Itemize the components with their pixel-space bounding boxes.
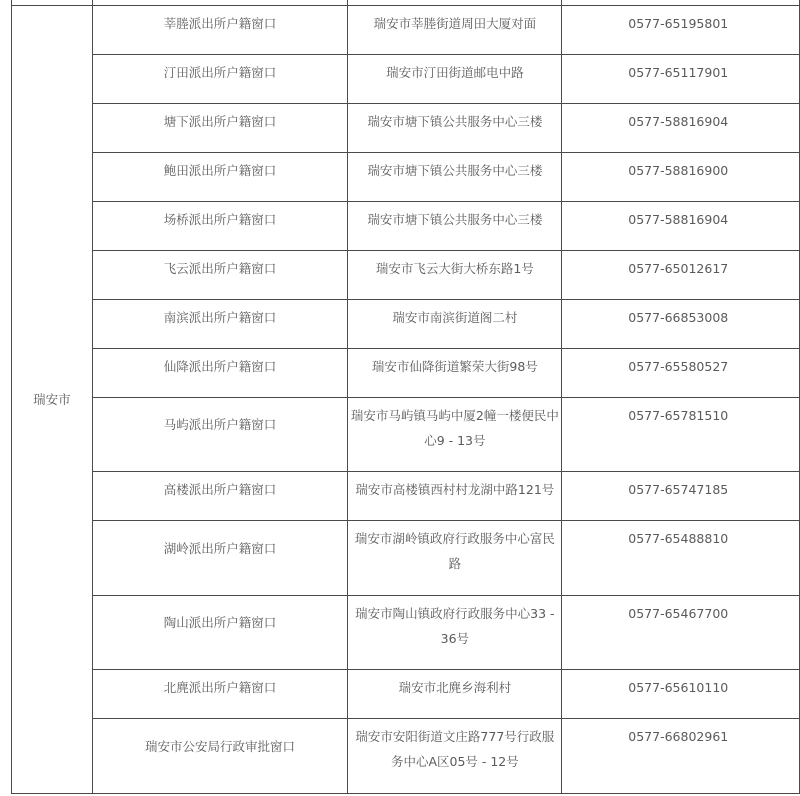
office-name-cell: 北麂派出所户籍窗口	[92, 670, 348, 719]
office-name-cell: 飞云派出所户籍窗口	[92, 251, 348, 300]
office-name-cell: 莘塍派出所户籍窗口	[92, 6, 348, 55]
phone-cell: 0577-58816904	[562, 104, 800, 153]
address-cell: 瑞安市汀田街道邮电中路	[348, 55, 562, 104]
table-row: 瑞安市莘塍派出所户籍窗口瑞安市莘塍街道周田大厦对面0577-65195801	[12, 6, 800, 55]
phone-cell: 0577-65195801	[562, 6, 800, 55]
contact-table-wrapper: 瑞安市莘塍派出所户籍窗口瑞安市莘塍街道周田大厦对面0577-65195801汀田…	[11, 0, 800, 794]
office-name-cell: 塘下派出所户籍窗口	[92, 104, 348, 153]
table-row: 塘下派出所户籍窗口瑞安市塘下镇公共服务中心三楼0577-58816904	[12, 104, 800, 153]
office-name-cell: 仙降派出所户籍窗口	[92, 349, 348, 398]
address-cell: 瑞安市陶山镇政府行政服务中心33 - 36号	[348, 596, 562, 670]
address-cell: 瑞安市塘下镇公共服务中心三楼	[348, 104, 562, 153]
office-name-cell: 鲍田派出所户籍窗口	[92, 153, 348, 202]
phone-cell: 0577-58816900	[562, 153, 800, 202]
phone-cell: 0577-65467700	[562, 596, 800, 670]
address-cell: 瑞安市马屿镇马屿中厦2幢一楼便民中心9 - 13号	[348, 398, 562, 472]
phone-cell: 0577-65488810	[562, 521, 800, 596]
phone-cell: 0577-65610110	[562, 670, 800, 719]
office-name-cell: 汀田派出所户籍窗口	[92, 55, 348, 104]
table-row: 陶山派出所户籍窗口瑞安市陶山镇政府行政服务中心33 - 36号0577-6546…	[12, 596, 800, 670]
office-name-cell: 马屿派出所户籍窗口	[92, 398, 348, 472]
table-row: 北麂派出所户籍窗口瑞安市北麂乡海利村0577-65610110	[12, 670, 800, 719]
table-row: 仙降派出所户籍窗口瑞安市仙降街道繁荣大街98号0577-65580527	[12, 349, 800, 398]
phone-cell: 0577-65117901	[562, 55, 800, 104]
address-cell: 瑞安市南滨街道阁二村	[348, 300, 562, 349]
address-cell: 瑞安市安阳街道文庄路777号行政服务中心A区05号 - 12号	[348, 719, 562, 794]
address-cell: 瑞安市仙降街道繁荣大街98号	[348, 349, 562, 398]
office-name-cell: 场桥派出所户籍窗口	[92, 202, 348, 251]
table-row: 瑞安市公安局行政审批窗口瑞安市安阳街道文庄路777号行政服务中心A区05号 - …	[12, 719, 800, 794]
table-row: 南滨派出所户籍窗口瑞安市南滨街道阁二村0577-66853008	[12, 300, 800, 349]
address-cell: 瑞安市飞云大街大桥东路1号	[348, 251, 562, 300]
phone-cell: 0577-65781510	[562, 398, 800, 472]
office-name-cell: 陶山派出所户籍窗口	[92, 596, 348, 670]
office-name-cell: 瑞安市公安局行政审批窗口	[92, 719, 348, 794]
address-cell: 瑞安市湖岭镇政府行政服务中心富民路	[348, 521, 562, 596]
city-cell: 瑞安市	[12, 6, 93, 794]
office-name-cell: 湖岭派出所户籍窗口	[92, 521, 348, 596]
phone-cell: 0577-65747185	[562, 472, 800, 521]
address-cell: 瑞安市塘下镇公共服务中心三楼	[348, 202, 562, 251]
address-cell: 瑞安市塘下镇公共服务中心三楼	[348, 153, 562, 202]
table-row: 鲍田派出所户籍窗口瑞安市塘下镇公共服务中心三楼0577-58816900	[12, 153, 800, 202]
table-row: 湖岭派出所户籍窗口瑞安市湖岭镇政府行政服务中心富民路0577-65488810	[12, 521, 800, 596]
address-cell: 瑞安市莘塍街道周田大厦对面	[348, 6, 562, 55]
phone-cell: 0577-58816904	[562, 202, 800, 251]
phone-cell: 0577-66802961	[562, 719, 800, 794]
table-row: 马屿派出所户籍窗口瑞安市马屿镇马屿中厦2幢一楼便民中心9 - 13号0577-6…	[12, 398, 800, 472]
table-row: 飞云派出所户籍窗口瑞安市飞云大街大桥东路1号0577-65012617	[12, 251, 800, 300]
office-name-cell: 高楼派出所户籍窗口	[92, 472, 348, 521]
address-cell: 瑞安市高楼镇西村村龙湖中路121号	[348, 472, 562, 521]
table-row: 汀田派出所户籍窗口瑞安市汀田街道邮电中路0577-65117901	[12, 55, 800, 104]
phone-cell: 0577-66853008	[562, 300, 800, 349]
phone-cell: 0577-65012617	[562, 251, 800, 300]
table-row: 场桥派出所户籍窗口瑞安市塘下镇公共服务中心三楼0577-58816904	[12, 202, 800, 251]
table-row: 高楼派出所户籍窗口瑞安市高楼镇西村村龙湖中路121号0577-65747185	[12, 472, 800, 521]
office-name-cell: 南滨派出所户籍窗口	[92, 300, 348, 349]
phone-cell: 0577-65580527	[562, 349, 800, 398]
household-registration-table: 瑞安市莘塍派出所户籍窗口瑞安市莘塍街道周田大厦对面0577-65195801汀田…	[11, 0, 800, 794]
address-cell: 瑞安市北麂乡海利村	[348, 670, 562, 719]
